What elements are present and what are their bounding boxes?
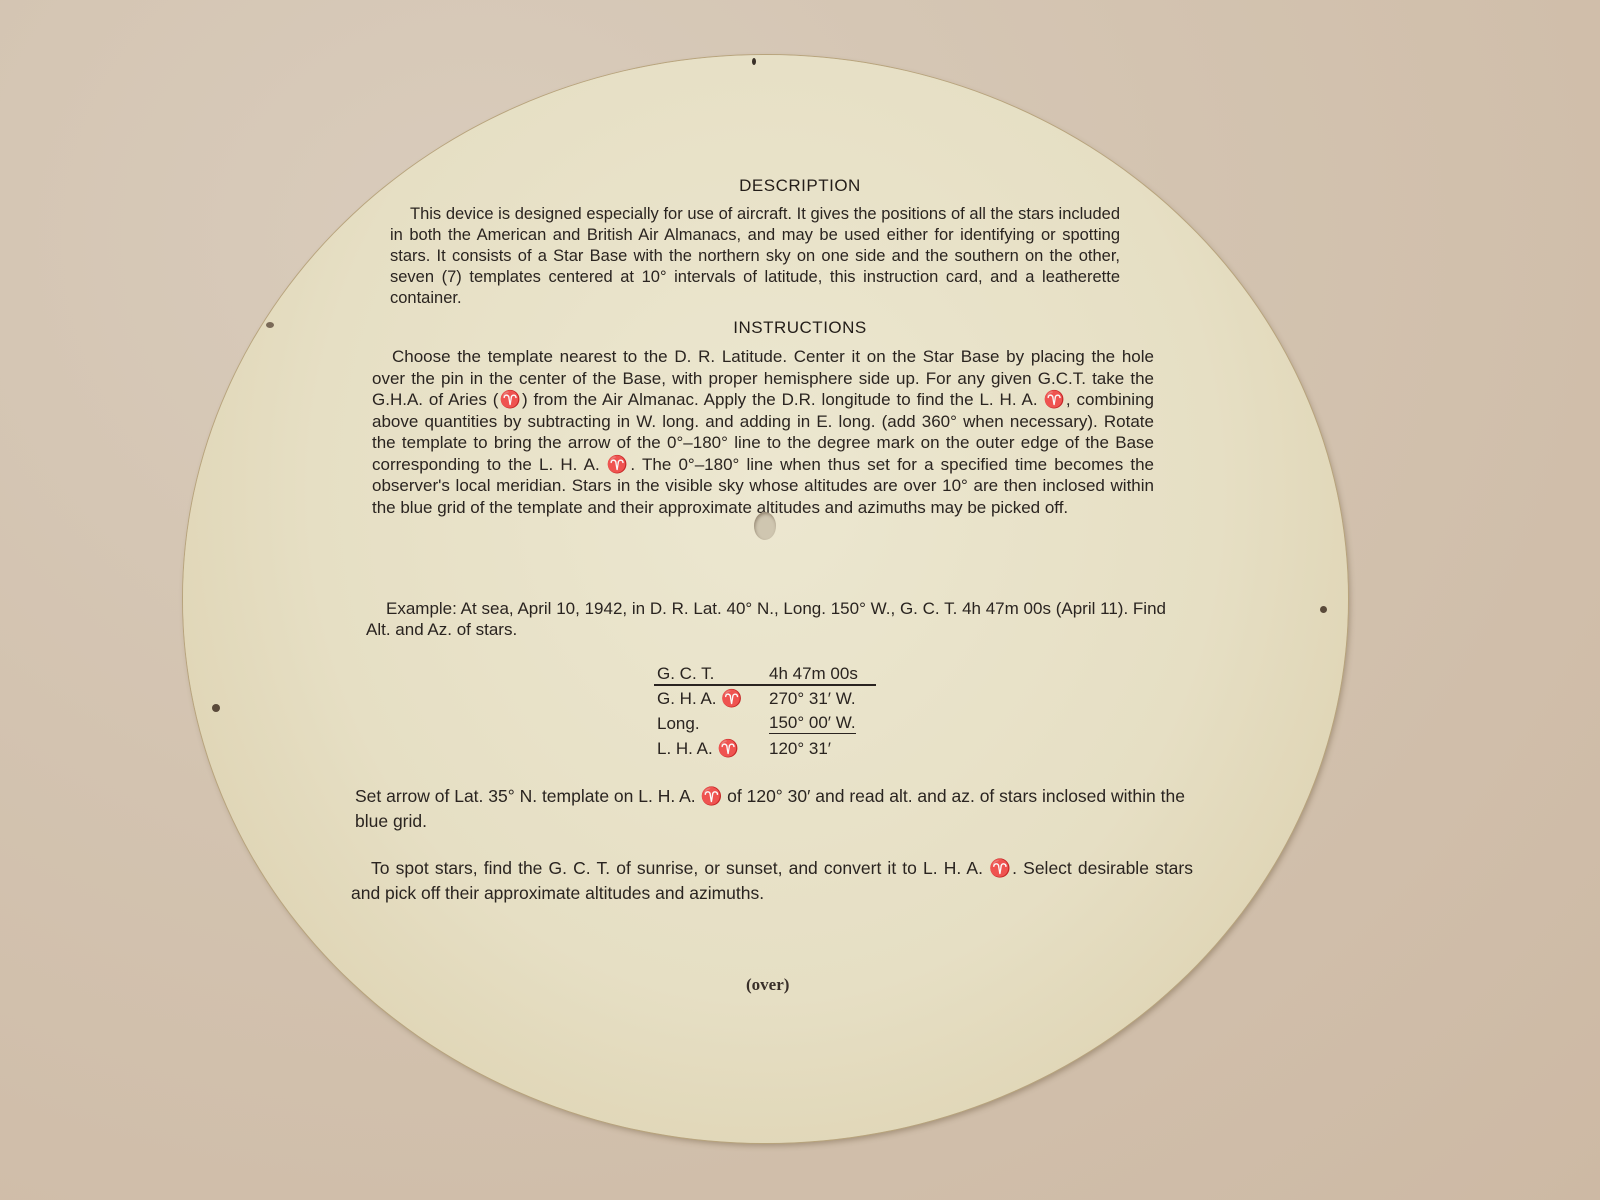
set-arrow-text: Set arrow of Lat. 35° N. template on L. … — [355, 784, 1195, 834]
calc-row-gct: G. C. T. 4h 47m 00s — [657, 659, 858, 684]
calc-value: 150° 00′ W. — [769, 713, 856, 734]
calc-value: 270° 31′ W. — [769, 689, 856, 709]
instructions-body: Choose the template nearest to the D. R.… — [372, 346, 1154, 518]
calc-label: Long. — [657, 714, 769, 734]
example-calculation-table: G. C. T. 4h 47m 00s G. H. A. ♈ 270° 31′ … — [657, 659, 858, 759]
calc-label: G. H. A. ♈ — [657, 689, 769, 709]
edge-notch — [212, 704, 220, 712]
spot-stars-text: To spot stars, find the G. C. T. of sunr… — [351, 856, 1193, 906]
calc-row-long: Long. 150° 00′ W. — [657, 709, 858, 734]
calc-value: 120° 31′ — [769, 739, 831, 759]
calc-label: L. H. A. ♈ — [657, 739, 769, 759]
calc-value: 4h 47m 00s — [769, 664, 858, 684]
calc-divider — [654, 684, 876, 686]
calc-row-lha: L. H. A. ♈ 120° 31′ — [657, 734, 858, 759]
over-label: (over) — [746, 975, 789, 995]
description-heading: DESCRIPTION — [0, 176, 1600, 196]
example-intro: Example: At sea, April 10, 1942, in D. R… — [366, 598, 1166, 640]
pin-mark — [752, 58, 756, 65]
calc-label: G. C. T. — [657, 664, 769, 684]
center-pin-hole — [754, 512, 776, 540]
calc-row-gha: G. H. A. ♈ 270° 31′ W. — [657, 684, 858, 709]
instructions-heading: INSTRUCTIONS — [0, 318, 1600, 338]
description-body: This device is designed especially for u… — [390, 204, 1120, 309]
edge-notch — [1320, 606, 1327, 613]
